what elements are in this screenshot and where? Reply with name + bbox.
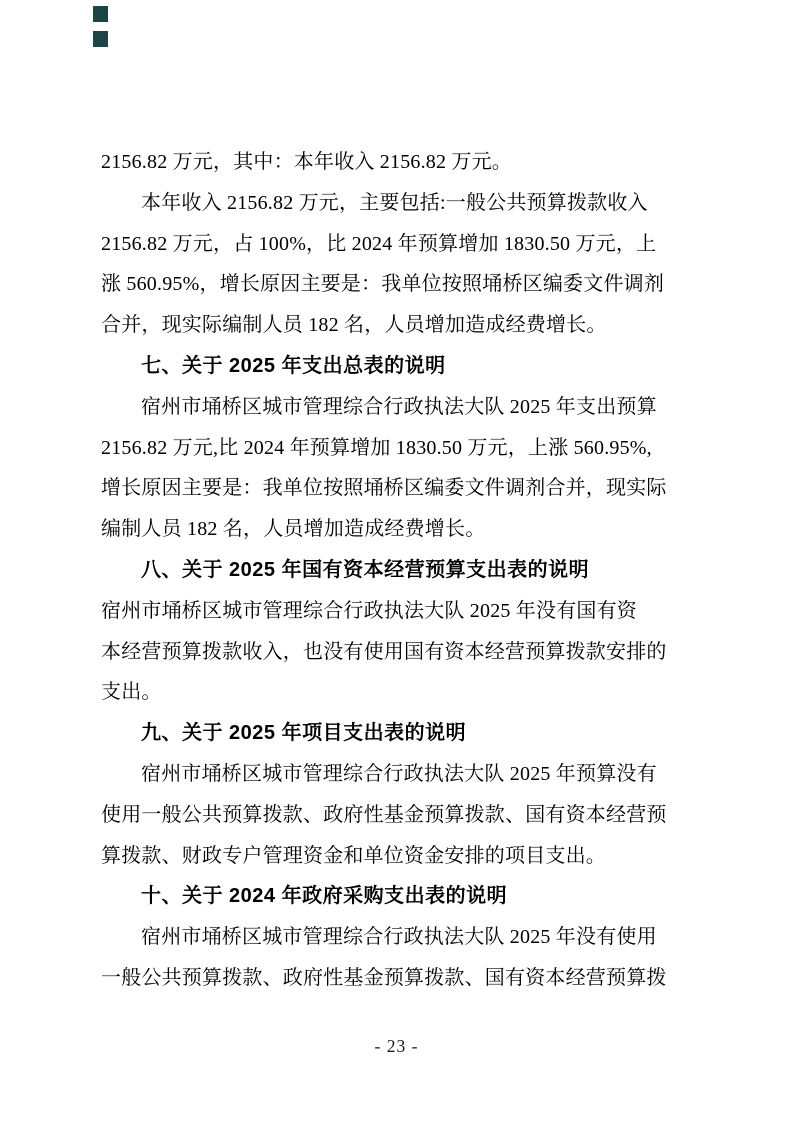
document-page: 2156.82 万元，其中：本年收入 2156.82 万元。 本年收入 2156… [0, 0, 793, 1122]
body-line: 一般公共预算拨款、政府性基金预算拨款、国有资本经营预算拨 [101, 958, 702, 999]
body-line: 增长原因主要是：我单位按照埇桥区编委文件调剂合并，现实际 [101, 468, 702, 509]
corner-marks [93, 6, 108, 56]
section-heading-8: 八、关于 2025 年国有资本经营预算支出表的说明 [101, 550, 702, 591]
page-number: - 23 - [0, 1033, 793, 1059]
body-line: 使用一般公共预算拨款、政府性基金预算拨款、国有资本经营预 [101, 795, 702, 836]
body-line: 宿州市埇桥区城市管理综合行政执法大队 2025 年没有国有资 [101, 591, 702, 632]
corner-mark-square-1 [93, 6, 108, 22]
body-line: 本经营预算拨款收入，也没有使用国有资本经营预算拨款安排的 [101, 632, 702, 673]
body-line: 算拨款、财政专户管理资金和单位资金安排的项目支出。 [101, 836, 702, 877]
body-line: 宿州市埇桥区城市管理综合行政执法大队 2025 年预算没有 [101, 754, 702, 795]
body-line: 宿州市埇桥区城市管理综合行政执法大队 2025 年支出预算 [101, 387, 702, 428]
section-heading-7: 七、关于 2025 年支出总表的说明 [101, 346, 702, 387]
body-line: 2156.82 万元，占 100%，比 2024 年预算增加 1830.50 万… [101, 224, 702, 265]
body-line: 本年收入 2156.82 万元，主要包括:一般公共预算拨款收入 [101, 183, 702, 224]
body-line: 宿州市埇桥区城市管理综合行政执法大队 2025 年没有使用 [101, 917, 702, 958]
body-line: 编制人员 182 名，人员增加造成经费增长。 [101, 509, 702, 550]
body-line: 合并，现实际编制人员 182 名，人员增加造成经费增长。 [101, 305, 702, 346]
body-line: 支出。 [101, 672, 702, 713]
document-body: 2156.82 万元，其中：本年收入 2156.82 万元。 本年收入 2156… [101, 142, 702, 999]
section-heading-10: 十、关于 2024 年政府采购支出表的说明 [101, 876, 702, 917]
section-heading-9: 九、关于 2025 年项目支出表的说明 [101, 713, 702, 754]
body-line: 2156.82 万元,比 2024 年预算增加 1830.50 万元，上涨 56… [101, 428, 702, 469]
corner-mark-square-2 [93, 31, 108, 47]
body-line: 涨 560.95%，增长原因主要是：我单位按照埇桥区编委文件调剂 [101, 264, 702, 305]
body-line: 2156.82 万元，其中：本年收入 2156.82 万元。 [101, 142, 702, 183]
